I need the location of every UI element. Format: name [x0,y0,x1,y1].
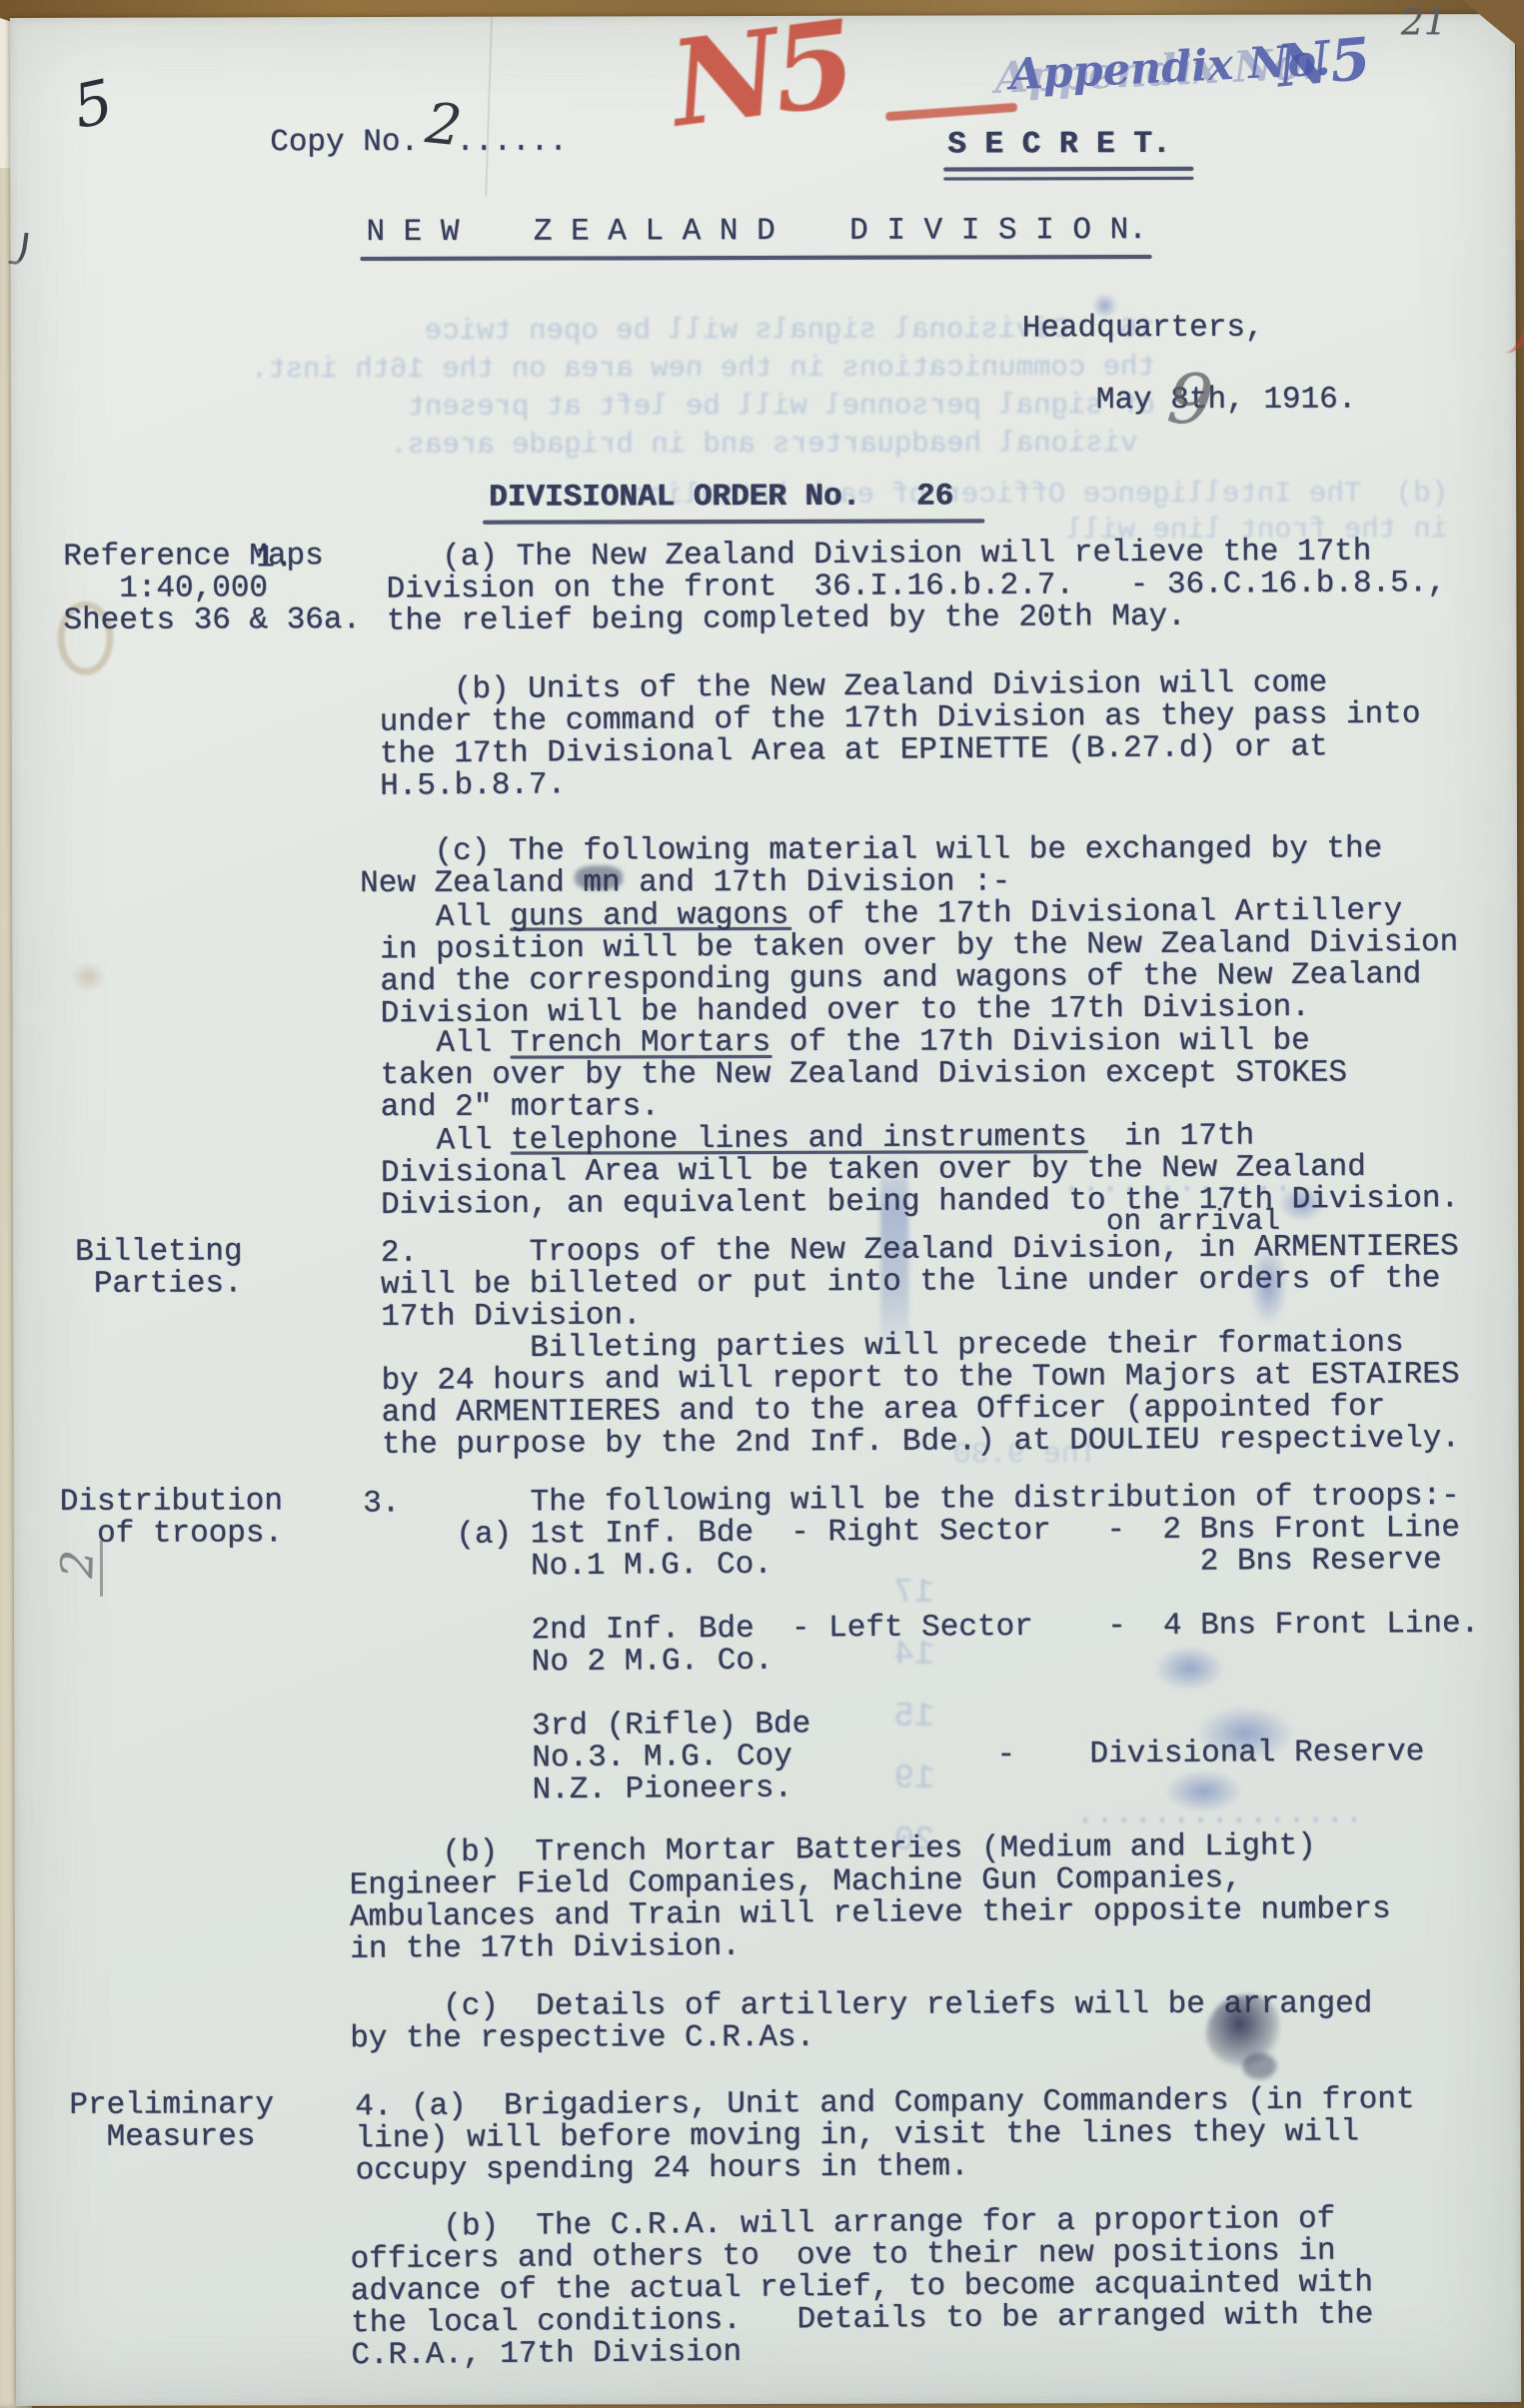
headquarters-line: Headquarters, [1022,313,1264,346]
order-title: DIVISIONAL ORDER No. 26 [489,482,953,515]
paragraph-4a-brigadiers: 4. (a) Brigadiers, Unit and Company Comm… [355,2084,1415,2187]
handwritten-copy-number: 2 [423,91,465,159]
paragraph-1c-material: (c) The following material will be excha… [360,833,1382,900]
division-title: N E W Z E A L A N D D I V I S I O N. [366,215,1146,249]
title-underline [361,255,1152,261]
red-crayon-tick [1487,288,1524,358]
paper-crease [485,17,493,197]
paragraph-telephone-lines: All telephone lines and instruments in 1… [381,1119,1460,1222]
paragraph-3-distribution: 3. The following will be the distributio… [363,1481,1480,1808]
inserted-on-arrival: on arrival [1106,1206,1280,1238]
scan-background: 16. Divisional signals will be open twic… [0,0,1524,2408]
edge-ink-mark [8,231,28,266]
paper-stain [70,961,106,993]
red-crayon-dash [885,103,1017,122]
margin-pencil-mark: 2 [52,1549,104,1579]
overstrike-smudge [575,865,623,889]
appendix-stamp-number: N5 [1274,24,1373,100]
ink-smudge-blot [1242,2053,1276,2079]
handwritten-date-digit: 9 [1164,357,1217,443]
margin-note-preliminary-measures: Preliminary Measures [69,2089,274,2154]
margin-note-distribution: Distribution of troops. [60,1486,283,1551]
paragraph-2-billeting: 2. Troops of the New Zealand Division, i… [381,1231,1460,1462]
secret-underline [943,167,1193,172]
handwritten-page-number: 5 [67,67,119,143]
bleed-through-text: 16. Divisional signals will be open twic… [251,311,1155,465]
paragraph-1b-units: (b) Units of the New Zealand Division wi… [379,667,1421,803]
margin-note-billeting-parties: Billeting Parties. [75,1236,243,1300]
document-page: 16. Divisional signals will be open twic… [10,14,1521,2406]
corner-page-number: 21 [1401,2,1447,43]
copy-no-line: Copy No. ...... [270,127,568,160]
margin-pencil-bar [100,1541,103,1597]
paragraph-3b-relieve-opposites: (b) Trench Mortar Batteries (Medium and … [349,1830,1391,1966]
paragraph-guns-wagons: All guns and wagons of the 17th Division… [380,895,1459,1031]
paragraph-1a-relief: 1. (a) The New Zealand Division will rel… [256,536,1446,638]
secret-underline [943,177,1193,181]
paragraph-4b-cra: (b) The C.R.A. will arrange for a propor… [350,2203,1374,2372]
date-line: May 8th, 1916. [1096,384,1357,417]
secret-classification: S E C R E T. [947,129,1170,162]
paragraph-trench-mortars: All Trench Mortars of the 17th Division … [381,1025,1348,1124]
red-crayon-n5: N5 [664,0,857,154]
